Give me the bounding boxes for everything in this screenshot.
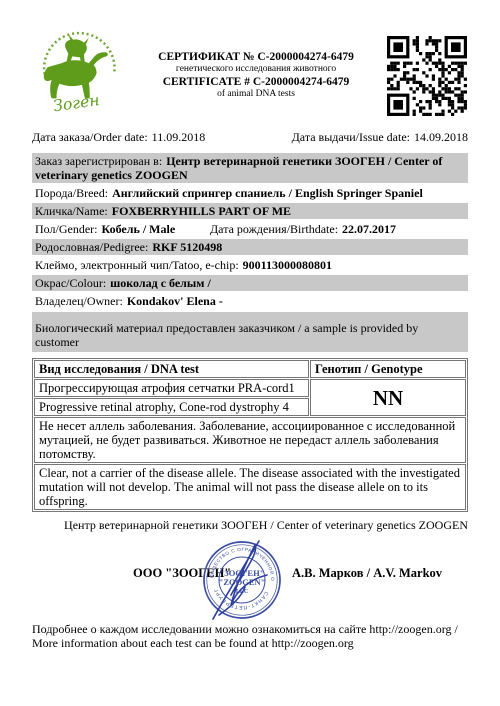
field-gender: Пол/Gender:Кобель / Male <box>35 222 207 236</box>
test-name-en: Progressive retinal atrophy, Cone-rod dy… <box>34 398 309 416</box>
dates-row: Дата заказа/Order date:11.09.2018 Дата в… <box>32 130 468 145</box>
issue-date: Дата выдачи/Issue date:14.09.2018 <box>292 130 468 145</box>
logo-script-text: Зоген <box>52 90 101 115</box>
organization-line: Центр ветеринарной генетики ЗООГЕН / Cen… <box>32 518 468 533</box>
dna-test-table: Вид исследования / DNA test Генотип / Ge… <box>32 358 468 512</box>
field-owner: Владелец/Owner:Kondakov' Elena - <box>32 293 468 309</box>
certificate-number-ru: СЕРТИФИКАТ № C-2000004274-6479 <box>125 51 387 65</box>
table-row: Прогрессирующая атрофия сетчатки PRA-cor… <box>34 379 466 397</box>
field-registered-at: Заказ зарегистрирован в:Центр ветеринарн… <box>32 153 468 183</box>
certificate-document: Зоген СЕРТИФИКАТ № C-2000004274-6479 ген… <box>0 0 500 706</box>
goat-silhouette-icon <box>65 34 89 63</box>
footer-note: Подробнее о каждом исследовании можно оз… <box>32 623 468 650</box>
certificate-subtitle-ru: генетического исследования животного <box>125 64 387 75</box>
column-header-test: Вид исследования / DNA test <box>34 360 309 378</box>
signature-block: ООО "ЗООГЕН" А.В. Марков / A.V. Markov О… <box>0 535 500 623</box>
zoogen-logo-icon: Зоген <box>33 30 125 116</box>
certificate-title-block: СЕРТИФИКАТ № C-2000004274-6479 генетичес… <box>125 51 387 101</box>
qr-code <box>387 36 467 116</box>
column-header-genotype: Генотип / Genotype <box>310 360 466 378</box>
test-name-ru: Прогрессирующая атрофия сетчатки PRA-cor… <box>34 379 309 397</box>
field-pedigree: Родословная/Pedigree:RKF 5120498 <box>32 239 468 255</box>
genotype-result: NN <box>310 379 466 416</box>
field-chip: Клеймо, электронный чип/Tatoo, e-chip:90… <box>32 257 468 273</box>
certificate-subtitle-en: of animal DNA tests <box>125 89 387 100</box>
animal-info-fields: Заказ зарегистрирован в:Центр ветеринарн… <box>32 153 468 309</box>
field-colour: Окрас/Colour:шоколад с белым / <box>32 275 468 291</box>
field-breed: Порода/Breed:Английский спрингер спаниел… <box>32 185 468 201</box>
zoogen-logo: Зоген <box>33 30 125 121</box>
table-row: Clear, not a carrier of the disease alle… <box>34 464 466 510</box>
table-row: Не несет аллель заболевания. Заболевание… <box>34 417 466 463</box>
order-date: Дата заказа/Order date:11.09.2018 <box>32 130 205 145</box>
result-description-ru: Не несет аллель заболевания. Заболевание… <box>34 417 466 463</box>
document-header: Зоген СЕРТИФИКАТ № C-2000004274-6479 ген… <box>0 0 500 121</box>
field-gender-birthdate: Пол/Gender:Кобель / Male Дата рождения/B… <box>32 221 468 237</box>
field-name: Кличка/Name:FOXBERRYHILLS PART OF ME <box>32 203 468 219</box>
certificate-number-en: CERTIFICATE # C-2000004274-6479 <box>125 76 387 90</box>
field-birthdate: Дата рождения/Birthdate:22.07.2017 <box>210 222 396 236</box>
sample-note: Биологический материал предоставлен зака… <box>32 312 468 352</box>
result-description-en: Clear, not a carrier of the disease alle… <box>34 464 466 510</box>
company-stamp: ОБЩЕСТВО С ОГРАНИЧЕННОЙ ОТВЕТСТВЕННОСТЬЮ… <box>175 535 325 623</box>
table-header-row: Вид исследования / DNA test Генотип / Ge… <box>34 360 466 378</box>
